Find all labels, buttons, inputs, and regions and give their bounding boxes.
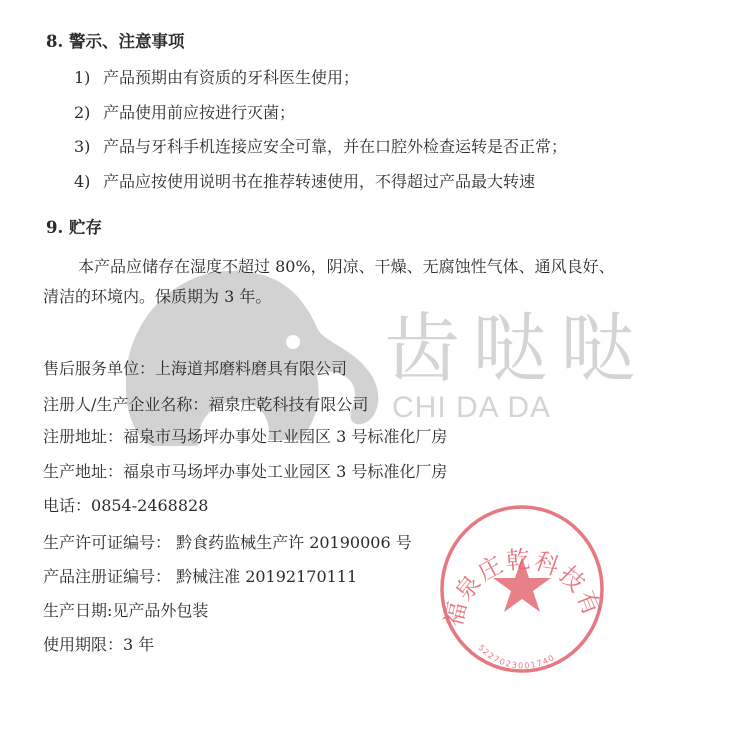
info-value: 3 年 [123,635,154,654]
info-production-date: 生产日期:见产品外包装 [43,601,208,621]
info-label: 生产日期: [43,601,112,620]
info-value: 黔食药监械生产许 20190006 号 [171,533,412,552]
storage-paragraph-line-2: 清洁的环境内。保质期为 3 年。 [43,287,271,307]
info-registered-address: 注册地址：福泉市马场坪办事处工业园区 3 号标准化厂房 [43,427,447,447]
item-number: 3) [74,137,103,157]
section9-heading: 9. 贮存 [46,218,102,238]
info-shelf-life: 使用期限：3 年 [43,635,154,655]
info-value: 上海道邦磨料磨具有限公司 [155,359,347,378]
info-value: 福泉市马场坪办事处工业园区 3 号标准化厂房 [123,462,447,481]
document-page: 8. 警示、注意事项 1)产品预期由有资质的牙科医生使用； 2)产品使用前应按进… [0,0,750,740]
warning-item-1: 1)产品预期由有资质的牙科医生使用； [74,68,359,88]
item-number: 1) [74,68,103,88]
info-label: 产品注册证编号： [43,567,171,586]
warning-item-3: 3)产品与牙科手机连接应安全可靠，并在口腔外检查运转是否正常； [74,137,567,157]
info-label: 使用期限： [43,635,123,654]
info-registrant: 注册人/生产企业名称：福泉庄乾科技有限公司 [43,395,368,415]
info-label: 生产许可证编号： [43,533,171,552]
info-label: 注册地址： [43,427,123,446]
item-number: 2) [74,103,103,123]
section8-heading: 8. 警示、注意事项 [46,32,184,52]
item-text: 产品应按使用说明书在推荐转速使用，不得超过产品最大转速 [103,172,535,191]
info-phone: 电话：0854-2468828 [43,496,208,516]
info-after-sales: 售后服务单位：上海道邦磨料磨具有限公司 [43,359,347,379]
storage-paragraph-line-1: 本产品应储存在湿度不超过 80%，阴凉、干燥、无腐蚀性气体、通风良好、 [78,257,615,277]
info-value: 福泉市马场坪办事处工业园区 3 号标准化厂房 [123,427,447,446]
item-text: 产品与牙科手机连接应安全可靠，并在口腔外检查运转是否正常； [103,137,567,156]
info-production-address: 生产地址：福泉市马场坪办事处工业园区 3 号标准化厂房 [43,462,447,482]
item-number: 4) [74,172,103,192]
info-label: 注册人/生产企业名称： [43,395,208,414]
info-registration-certificate: 产品注册证编号： 黔械注准 20192170111 [43,567,357,587]
info-label: 售后服务单位： [43,359,155,378]
info-value: 福泉庄乾科技有限公司 [208,395,368,414]
item-text: 产品使用前应按进行灭菌； [103,103,295,122]
info-label: 生产地址： [43,462,123,481]
warning-item-2: 2)产品使用前应按进行灭菌； [74,103,295,123]
item-text: 产品预期由有资质的牙科医生使用； [103,68,359,87]
info-production-license: 生产许可证编号： 黔食药监械生产许 20190006 号 [43,533,412,553]
info-value: 0854-2468828 [91,496,208,515]
warning-item-4: 4)产品应按使用说明书在推荐转速使用，不得超过产品最大转速 [74,172,535,192]
info-label: 电话： [43,496,91,515]
info-value: 黔械注准 20192170111 [171,567,357,586]
info-value: 见产品外包装 [112,601,208,620]
